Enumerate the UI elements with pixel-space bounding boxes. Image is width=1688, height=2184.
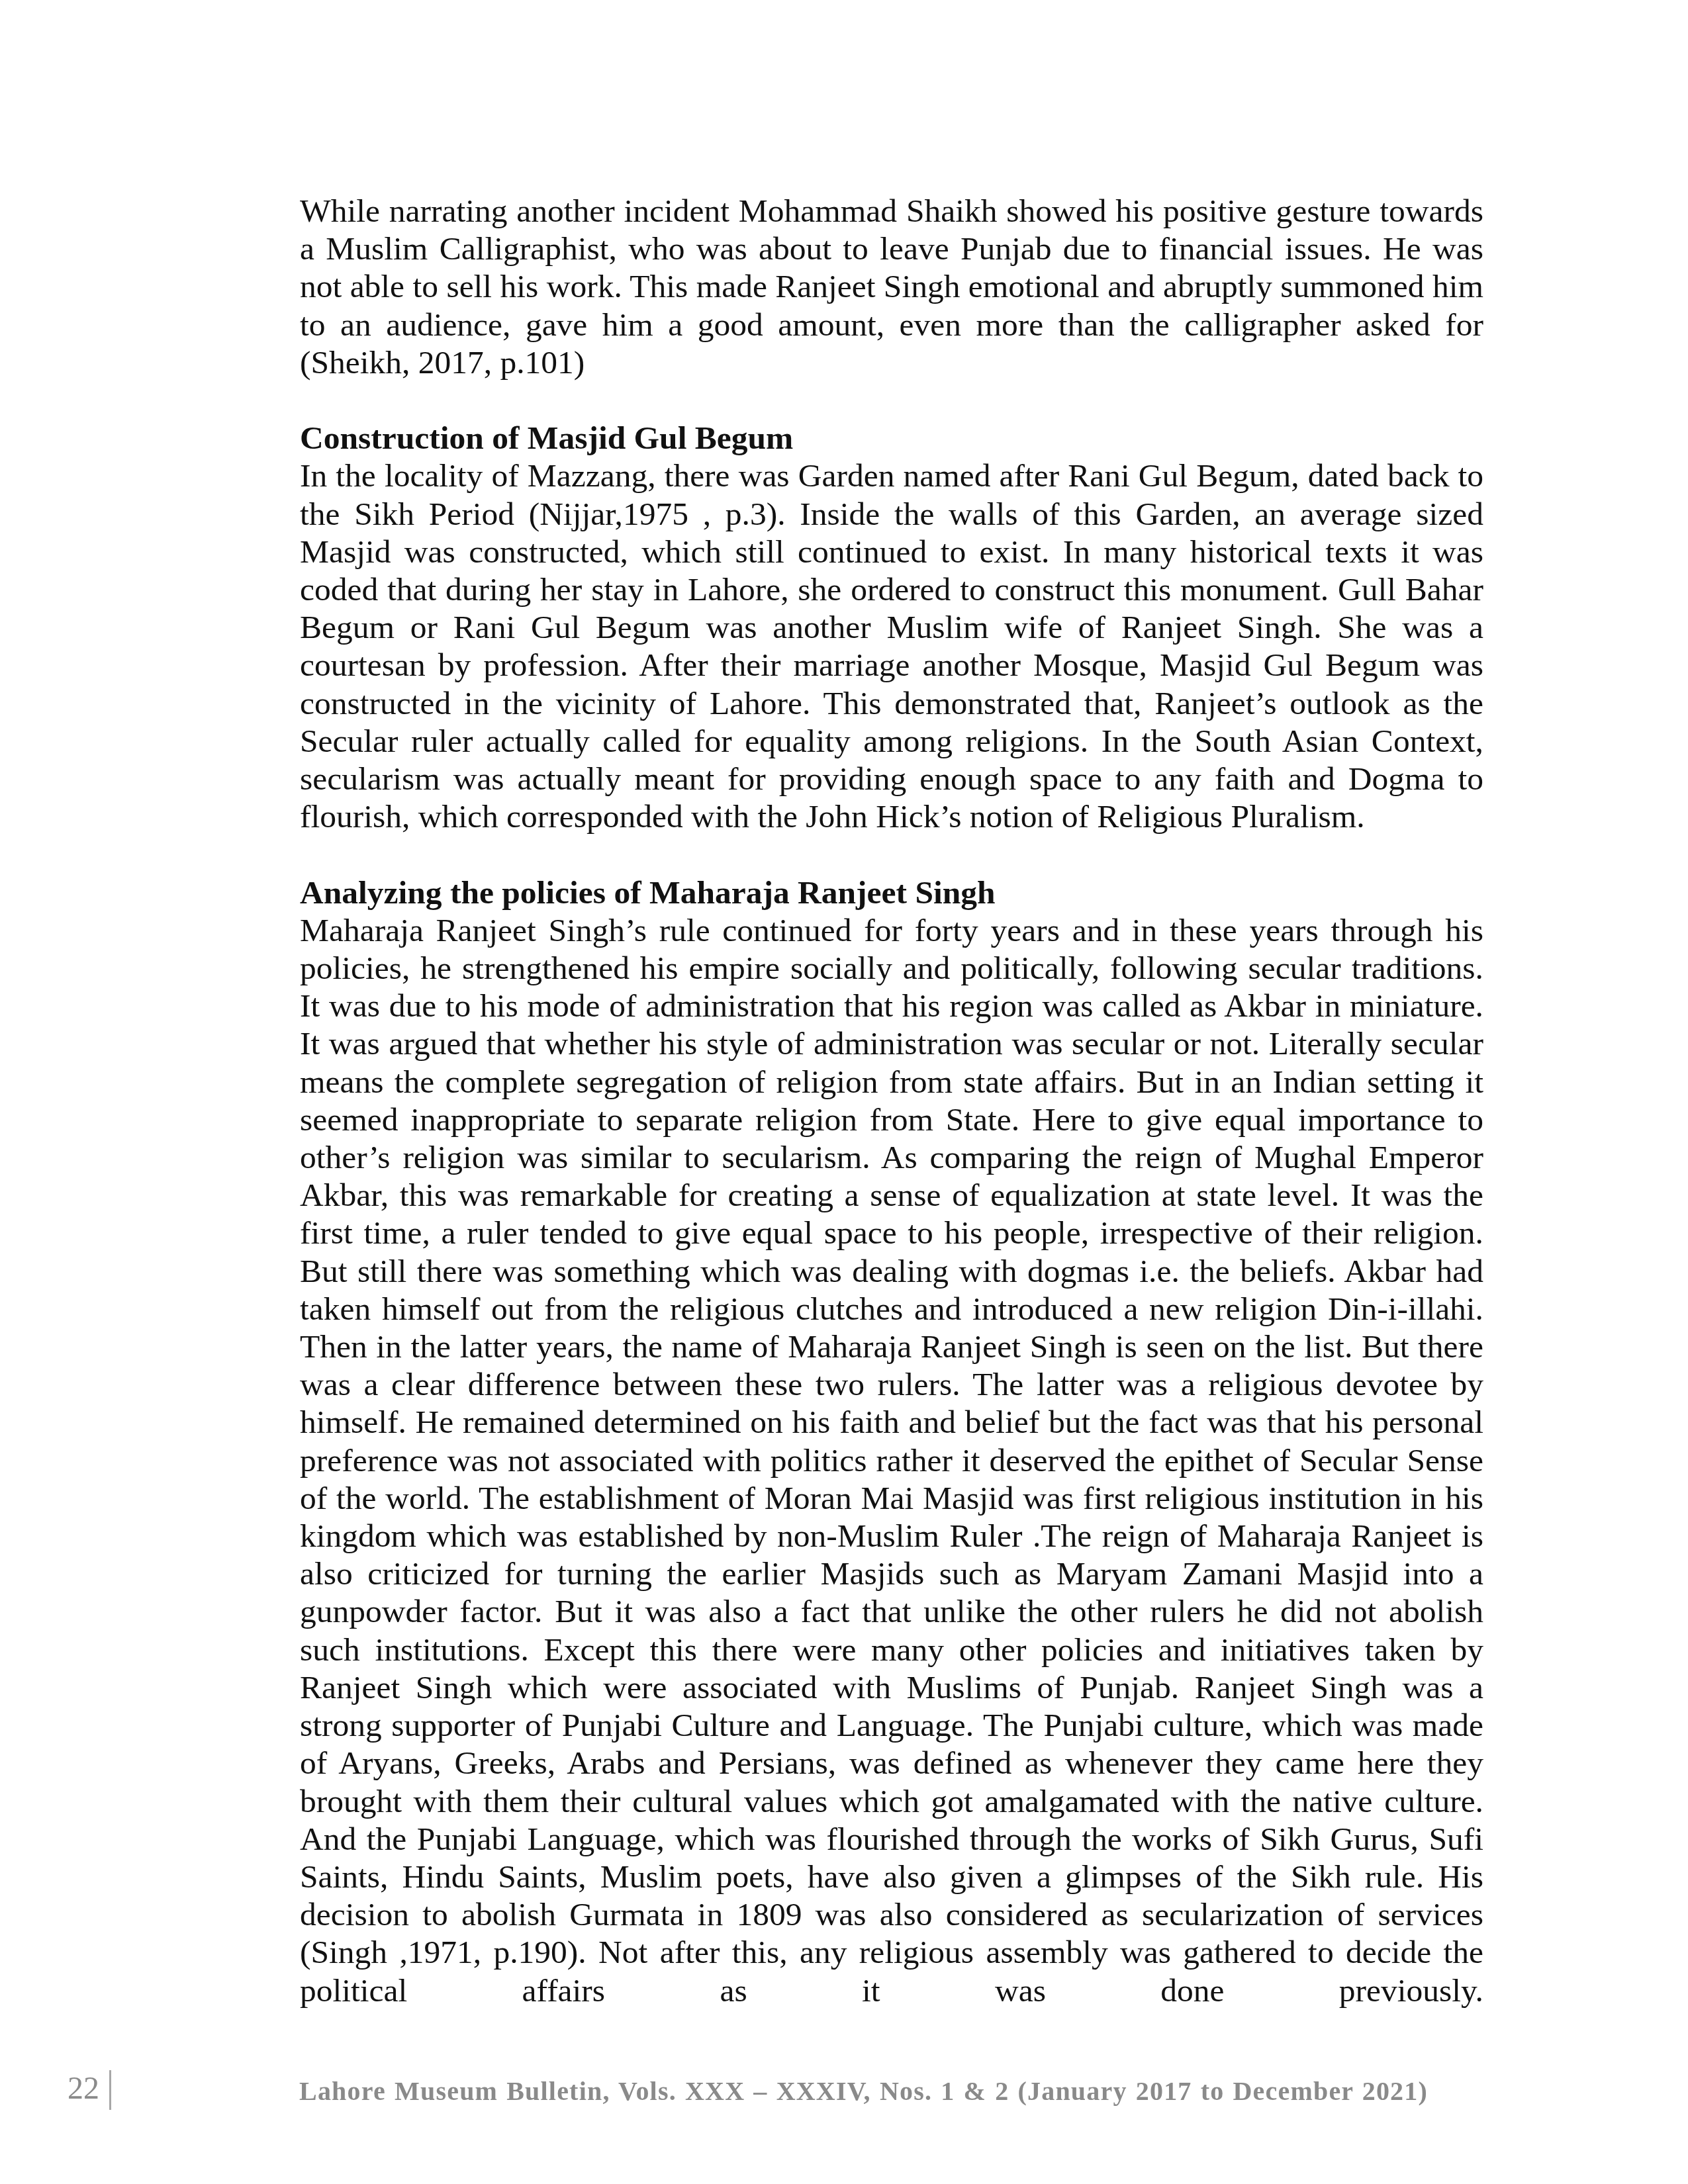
paragraph-policies: Maharaja Ranjeet Singh’s rule continued …	[300, 911, 1483, 2009]
footer-divider	[109, 2070, 111, 2110]
section-heading-masjid-gul-begum: Construction of Masjid Gul Begum	[300, 419, 1483, 457]
paragraph-intro: While narrating another incident Mohamma…	[300, 192, 1483, 381]
section-heading-policies: Analyzing the policies of Maharaja Ranje…	[300, 874, 1483, 911]
paragraph-masjid-gul-begum: In the locality of Mazzang, there was Ga…	[300, 457, 1483, 835]
paragraph-spacer	[300, 381, 1483, 419]
paragraph-spacer	[300, 835, 1483, 873]
running-footer-title: Lahore Museum Bulletin, Vols. XXX – XXXI…	[299, 2073, 1428, 2110]
document-page: While narrating another incident Mohamma…	[0, 0, 1688, 2184]
page-number: 22	[68, 2070, 99, 2107]
page-footer: 22 Lahore Museum Bulletin, Vols. XXX – X…	[0, 2070, 1688, 2110]
body-text-column: While narrating another incident Mohamma…	[300, 192, 1483, 2009]
